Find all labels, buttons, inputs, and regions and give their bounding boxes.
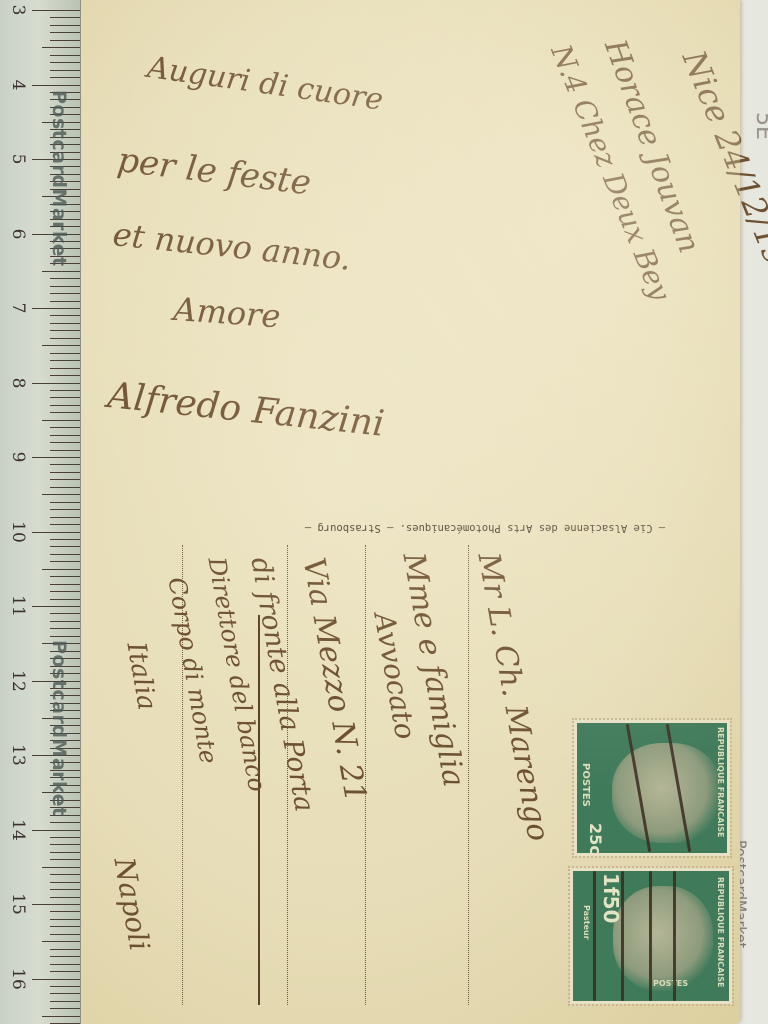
message-line: per le feste — [115, 140, 313, 203]
address-line: Mr L. Ch. Marengo — [471, 550, 556, 844]
ruler-tick — [50, 621, 80, 622]
address-divider — [287, 545, 288, 1005]
address-line: Mme e famiglia — [396, 550, 472, 790]
stamp-25c: REPUBLIQUE FRANCAISE POSTES 25c — [574, 720, 730, 856]
printer-credit: – Cie Alsacienne des Arts Photomécanique… — [260, 522, 710, 534]
ruler-label: 7 — [8, 296, 28, 320]
ruler-tick — [50, 25, 80, 26]
ruler-tick — [50, 911, 80, 912]
ruler-tick — [50, 561, 80, 562]
ruler-tick — [50, 435, 80, 436]
ruler-tick — [50, 442, 80, 443]
address-line: di fronte alla Porta — [244, 555, 319, 814]
ruler-tick — [32, 979, 80, 980]
ruler-tick — [50, 375, 80, 376]
sender-line: Horace Jouvan — [597, 35, 707, 258]
mercury-portrait — [612, 743, 722, 843]
ruler-tick — [50, 1001, 80, 1002]
signature: Alfredo Fanzini — [106, 375, 387, 445]
ruler-tick — [50, 576, 80, 577]
ruler-label: 16 — [8, 967, 28, 991]
measuring-ruler: 345678910111213141516PostcardMarketPostc… — [0, 0, 81, 1024]
ruler-tick — [50, 360, 80, 361]
ruler-tick — [50, 17, 80, 18]
pasteur-portrait — [613, 886, 713, 991]
ruler-tick — [50, 993, 80, 994]
address-line: Avvocato — [368, 610, 423, 742]
ruler-brand: PostcardMarket — [48, 90, 70, 267]
ruler-tick — [50, 368, 80, 369]
ruler-tick — [42, 1016, 80, 1017]
ruler-tick — [50, 55, 80, 56]
ruler-tick — [50, 390, 80, 391]
address-divider — [365, 545, 366, 1005]
ruler-tick — [50, 964, 80, 965]
ruler-tick — [50, 405, 80, 406]
ruler-label: 13 — [8, 743, 28, 767]
ruler-tick — [32, 457, 80, 458]
ruler-tick — [50, 450, 80, 451]
address-country: Italia — [120, 640, 161, 713]
message-line: Auguri di cuore — [145, 50, 385, 118]
ruler-tick — [50, 293, 80, 294]
ruler-label: 14 — [8, 818, 28, 842]
ruler-label: 11 — [8, 594, 28, 618]
ruler-tick — [42, 271, 80, 272]
ruler-tick — [42, 494, 80, 495]
ruler-tick — [50, 330, 80, 331]
ruler-tick — [50, 32, 80, 33]
ruler-tick — [50, 487, 80, 488]
stamp-1f50: REPUBLIQUE FRANCAISE Pasteur POSTES 1f50 — [570, 868, 732, 1004]
ruler-tick — [42, 569, 80, 570]
stamp-value: 1f50 — [599, 873, 623, 923]
ruler-tick — [42, 345, 80, 346]
ruler-tick — [50, 338, 80, 339]
ruler-tick — [50, 859, 80, 860]
ruler-tick — [50, 502, 80, 503]
pencil-note: 5E — [751, 112, 768, 140]
ruler-tick — [50, 897, 80, 898]
ruler-tick — [32, 85, 80, 86]
ruler-label: 4 — [8, 73, 28, 97]
ruler-tick — [32, 904, 80, 905]
ruler-tick — [50, 412, 80, 413]
ruler-label: 6 — [8, 222, 28, 246]
stamp-label: POSTES — [653, 979, 688, 988]
ruler-tick — [50, 286, 80, 287]
message-line: et nuovo anno. — [111, 215, 353, 278]
ruler-label: 10 — [8, 520, 28, 544]
address-line: Direttore del banco — [202, 555, 271, 794]
sender-line: N.4 Chez Deux Bey — [544, 40, 677, 305]
address-line: Via Mezzo N. 21 — [296, 555, 373, 805]
ruler-tick — [50, 956, 80, 957]
ruler-label: 12 — [8, 669, 28, 693]
stamp-label: POSTES — [580, 763, 591, 807]
ruler-tick — [32, 532, 80, 533]
ruler-tick — [50, 934, 80, 935]
ruler-tick — [50, 949, 80, 950]
ruler-tick — [50, 427, 80, 428]
ruler-tick — [50, 852, 80, 853]
ruler-brand: PostcardMarket — [48, 640, 70, 817]
ruler-label: 3 — [8, 0, 28, 22]
ruler-tick — [50, 40, 80, 41]
ruler-label: 5 — [8, 147, 28, 171]
ruler-tick — [50, 62, 80, 63]
ruler-tick — [50, 464, 80, 465]
ruler-tick — [32, 308, 80, 309]
ruler-tick — [50, 546, 80, 547]
ruler-tick — [42, 47, 80, 48]
ruler-tick — [50, 844, 80, 845]
ruler-tick — [50, 1008, 80, 1009]
ruler-tick — [50, 628, 80, 629]
ruler-tick — [50, 874, 80, 875]
ruler-label: 8 — [8, 371, 28, 395]
ruler-tick — [50, 472, 80, 473]
ruler-tick — [50, 479, 80, 480]
ruler-label: 15 — [8, 892, 28, 916]
ruler-tick — [32, 383, 80, 384]
ruler-tick — [32, 10, 80, 11]
ruler-tick — [50, 278, 80, 279]
ruler-tick — [32, 830, 80, 831]
ruler-tick — [50, 599, 80, 600]
ruler-tick — [50, 323, 80, 324]
ruler-tick — [50, 822, 80, 823]
ruler-tick — [50, 889, 80, 890]
ruler-tick — [50, 919, 80, 920]
ruler-tick — [50, 77, 80, 78]
ruler-tick — [42, 941, 80, 942]
ruler-tick — [50, 353, 80, 354]
ruler-tick — [50, 397, 80, 398]
message-line: Amore — [172, 290, 281, 335]
ruler-tick — [42, 420, 80, 421]
ruler-tick — [50, 837, 80, 838]
ruler-tick — [42, 867, 80, 868]
ruler-tick — [50, 315, 80, 316]
ruler-tick — [50, 524, 80, 525]
ruler-tick — [50, 70, 80, 71]
stamp-value: 25c — [586, 823, 605, 855]
ruler-tick — [50, 591, 80, 592]
address-divider — [468, 545, 469, 1005]
ruler-tick — [32, 606, 80, 607]
stamp-country: REPUBLIQUE FRANCAISE — [716, 877, 725, 987]
address-divider — [182, 545, 183, 1005]
ruler-tick — [50, 882, 80, 883]
ruler-tick — [50, 539, 80, 540]
ruler-tick — [50, 986, 80, 987]
ruler-tick — [50, 926, 80, 927]
ruler-label: 9 — [8, 445, 28, 469]
ruler-tick — [50, 509, 80, 510]
ruler-tick — [50, 554, 80, 555]
address-city: Napoli — [108, 855, 157, 953]
postcard-back: 5E Auguri di cuore per le feste et nuovo… — [70, 0, 740, 1024]
stamp-design: Pasteur — [582, 905, 591, 940]
ruler-tick — [50, 636, 80, 637]
ruler-tick — [50, 584, 80, 585]
ruler-tick — [50, 613, 80, 614]
stamp-country: REPUBLIQUE FRANCAISE — [716, 727, 725, 837]
ruler-tick — [50, 301, 80, 302]
underline — [258, 615, 260, 1005]
address-line: Corpo di monte — [162, 575, 222, 766]
ruler-tick — [50, 517, 80, 518]
ruler-tick — [50, 971, 80, 972]
